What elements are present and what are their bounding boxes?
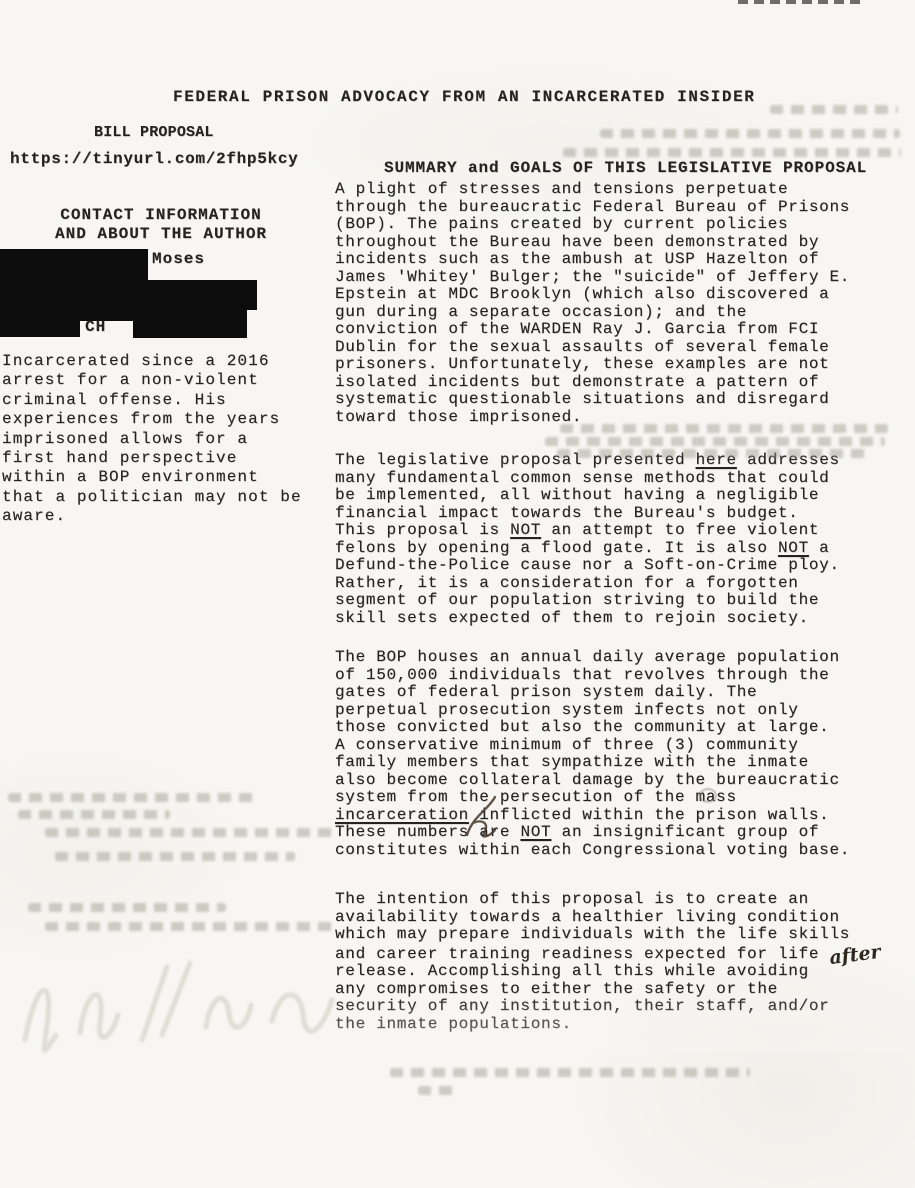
paragraph-intention: The intention of this proposal is to cre… — [335, 891, 915, 1033]
summary-heading: SUMMARY and GOALS OF THIS LEGISLATIVE PR… — [384, 159, 867, 177]
bleed-through-line — [390, 1068, 750, 1077]
address-fragment: CH — [85, 318, 106, 336]
bleed-through-line — [28, 903, 226, 912]
redaction-bar — [0, 249, 148, 269]
bleed-through-line — [8, 793, 260, 802]
scanned-document-page: FEDERAL PRISON ADVOCACY FROM AN INCARCER… — [0, 0, 915, 1188]
bleed-through-line — [557, 449, 867, 458]
paragraph-plight: A plight of stresses and tensions perpet… — [335, 181, 915, 426]
paragraph-population: The BOP houses an annual daily average p… — [335, 649, 915, 859]
handwritten-word: after — [829, 943, 882, 967]
bleed-through-line — [55, 852, 295, 861]
doc-type-label: BILL PROPOSAL — [94, 124, 214, 141]
redaction-bar — [0, 320, 80, 337]
bleed-through-mark — [699, 788, 717, 803]
author-name-fragment: Moses — [152, 250, 205, 268]
bleed-through-line — [18, 810, 170, 819]
bleed-through-line — [560, 424, 888, 433]
document-title: FEDERAL PRISON ADVOCACY FROM AN INCARCER… — [173, 88, 755, 106]
tinyurl-link-text: https://tinyurl.com/2fhp5kcy — [10, 150, 298, 168]
bleed-through-line — [770, 105, 898, 114]
scan-edge-artifact — [738, 0, 863, 4]
bleed-through-line — [563, 148, 901, 157]
bleed-through-line — [45, 828, 333, 837]
bleed-through-handwriting — [10, 945, 340, 1075]
bleed-through-line — [45, 922, 333, 931]
bleed-through-line — [418, 1086, 460, 1095]
handwritten-scribble-mark — [455, 794, 507, 840]
about-author-paragraph: Incarcerated since a 2016 arrest for a n… — [2, 352, 322, 527]
contact-heading: CONTACT INFORMATION AND ABOUT THE AUTHOR — [10, 206, 312, 243]
paragraph-proposal: The legislative proposal presented here … — [335, 452, 915, 627]
redaction-bar — [133, 321, 247, 338]
bleed-through-line — [545, 437, 885, 446]
bleed-through-line — [600, 129, 900, 138]
redaction-block — [0, 268, 257, 321]
